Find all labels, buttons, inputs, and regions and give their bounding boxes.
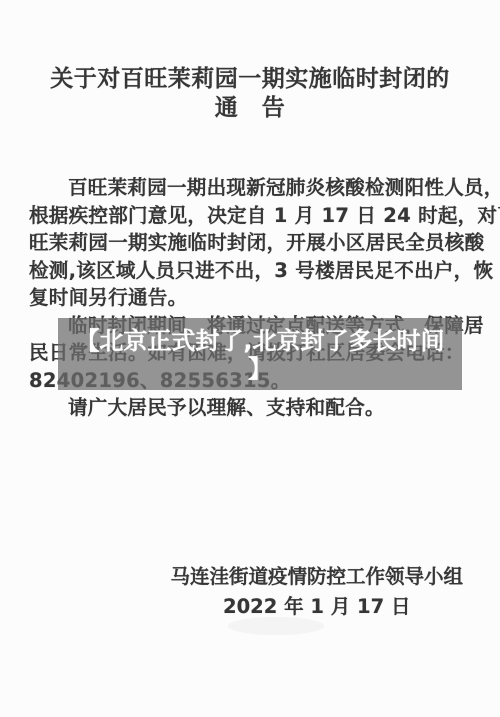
notice-photo: 关于对百旺茉莉园一期实施临时封闭的 通 告 百旺茉莉园一期出现新冠肺炎核酸检测阳… (0, 0, 500, 717)
watermark-overlay: 【北京正式封了,北京封了多长时间 】 (58, 318, 462, 390)
photo-smudge (228, 617, 324, 635)
body-line: 根据疾控部门意见，决定自 1 月 17 日 24 时起，对百 (29, 202, 472, 230)
notice-title-line2: 通 告 (0, 89, 500, 122)
signature: 马连洼街道疫情防控工作领导小组 (170, 562, 463, 592)
body-line: 百旺茉莉园一期出现新冠肺炎核酸检测阳性人员， (29, 174, 472, 202)
body-line: 旺茉莉园一期实施临时封闭，开展小区居民全员核酸 (29, 229, 472, 257)
notice-date: 2022 年 1 月 17 日 (170, 592, 463, 622)
watermark-text-line1: 【北京正式封了,北京封了多长时间 (58, 327, 462, 355)
watermark-text-line2: 】 (58, 355, 462, 383)
body-line: 复时间另行通告。 (29, 284, 472, 312)
body-line: 检测,该区域人员只进不出，3 号楼居民足不出户，恢 (29, 257, 472, 285)
signature-block: 马连洼街道疫情防控工作领导小组 2022 年 1 月 17 日 (170, 562, 463, 622)
body-line: 请广大居民予以理解、支持和配合。 (29, 394, 472, 422)
